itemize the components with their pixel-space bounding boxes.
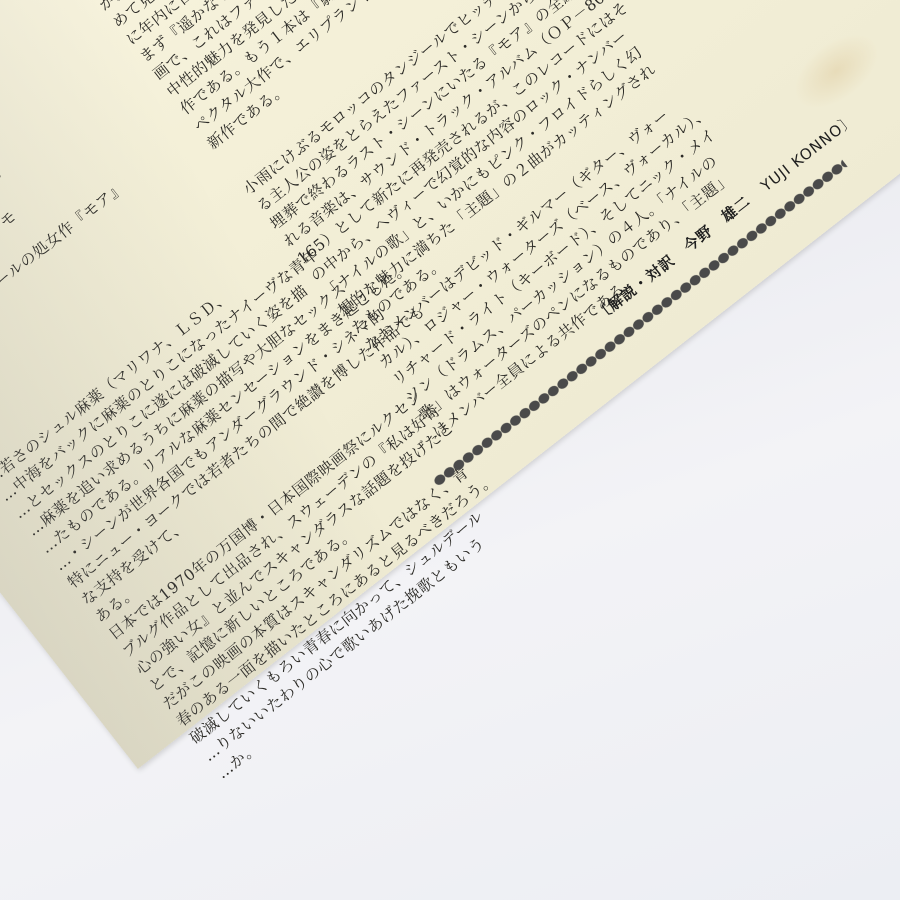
photo-stage: …ロックの…ドバーズを…シーンを挿入…ニオーニが『砂…を起用したことは、…的なフ… (0, 0, 900, 900)
credit-name-english: YUJI KONNO〕 (757, 110, 859, 195)
left-column-top-text: …ロックの…ドバーズを…シーンを挿入…ニオーニが『砂…を起用したことは、…的なフ… (0, 3, 130, 371)
liner-notes-page: …ロックの…ドバーズを…シーンを挿入…ニオーニが『砂…を起用したことは、…的なフ… (0, 0, 900, 769)
